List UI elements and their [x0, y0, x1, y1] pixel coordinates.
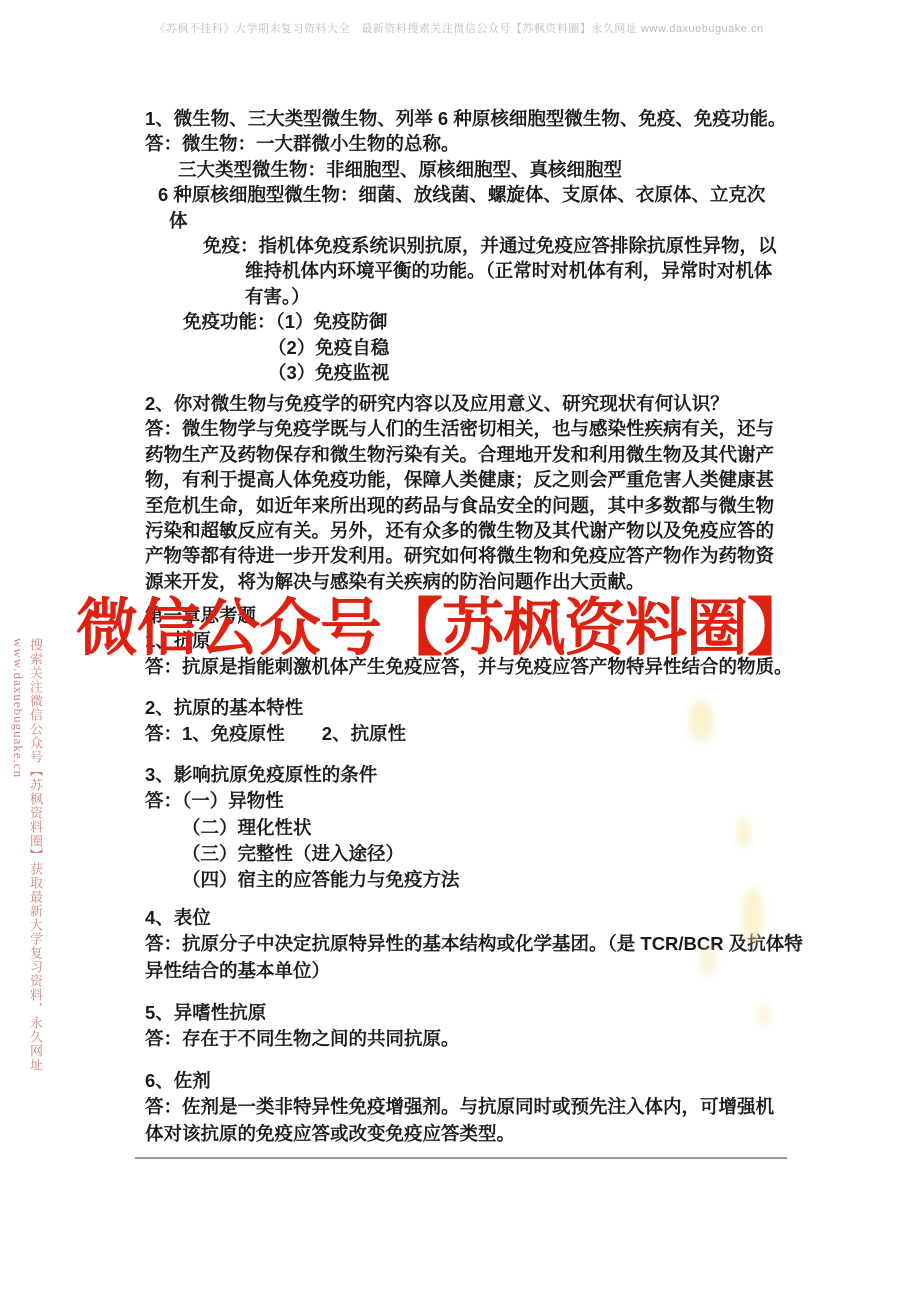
text-line: （3）免疫监视: [145, 360, 815, 385]
text-line: 答：微生物学与免疫学既与人们的生活密切相关，也与感染性疾病有关，还与: [145, 416, 815, 441]
text-line: （四）宿主的应答能力与免疫方法: [145, 867, 815, 893]
section-immunogenicity-conditions: 3、影响抗原免疫原性的条件 答：（一）异物性 （二）理化性状 （三）完整性（进入…: [145, 762, 815, 893]
text-line: 2、你对微生物与免疫学的研究内容以及应用意义、研究现状有何认识？: [145, 391, 815, 416]
text-line: 答：微生物：一大群微小生物的总称。: [145, 131, 815, 156]
text-line: 答：1、免疫原性 2、抗原性: [145, 721, 815, 747]
section-epitope: 4、表位 答：抗原分子中决定抗原特异性的基本结构或化学基团。（是 TCR/BCR…: [145, 905, 815, 984]
chapter-heading: 第一章思考题: [145, 603, 815, 628]
text-line: 产物等都有待进一步开发利用。研究如何将微生物和免疫应答产物作为药物资: [145, 543, 815, 568]
text-line: 答：抗原是指能刺激机体产生免疫应答，并与免疫应答产物特异性结合的物质。: [145, 654, 815, 679]
text-line: 免疫功能：（1）免疫防御: [145, 309, 815, 334]
text-line: 物，有利于提高人体免疫功能，保障人类健康；反之则会严重危害人类健康甚: [145, 467, 815, 492]
text-line: 6 种原核细胞型微生物：细菌、放线菌、螺旋体、支原体、衣原体、立克次: [145, 182, 815, 207]
horizontal-divider: [135, 1157, 787, 1159]
text-line: 答：存在于不同生物之间的共同抗原。: [145, 1026, 815, 1052]
text-line: 2、抗原的基本特性: [145, 695, 815, 721]
section-chapter-1-questions: 第一章思考题 1、抗原 答：抗原是指能刺激机体产生免疫应答，并与免疫应答产物特异…: [145, 603, 815, 679]
text-line: （2）免疫自稳: [145, 335, 815, 360]
section-adjuvant: 6、佐剂 答：佐剂是一类非特异性免疫增强剂。与抗原同时或预先注入体内，可增强机 …: [145, 1068, 815, 1147]
text-line: 源来开发，将为解决与感染有关疾病的防治问题作出大贡献。: [145, 569, 815, 594]
text-line: 答：（一）异物性: [145, 788, 815, 814]
text-line: 体: [145, 208, 815, 233]
text-line: 药物生产及药物保存和微生物污染有关。合理地开发和利用微生物及其代谢产: [145, 442, 815, 467]
text-line: （三）完整性（进入途径）: [145, 841, 815, 867]
text-line: 4、表位: [145, 905, 815, 931]
text-line: 免疫：指机体免疫系统识别抗原，并通过免疫应答排除抗原性异物，以: [145, 233, 815, 258]
text-line: 体对该抗原的免疫应答或改变免疫应答类型。: [145, 1121, 815, 1147]
text-line: 5、异嗜性抗原: [145, 1000, 815, 1026]
text-line: 至危机生命，如近年来所出现的药品与食品安全的问题，其中多数都与微生物: [145, 493, 815, 518]
text-line: 维持机体内环境平衡的功能。（正常时对机体有利，异常时对机体: [145, 258, 815, 283]
text-line: （二）理化性状: [145, 815, 815, 841]
text-line: 答：佐剂是一类非特异性免疫增强剂。与抗原同时或预先注入体内，可增强机: [145, 1094, 815, 1120]
text-line: 1、微生物、三大类型微生物、列举 6 种原核细胞型微生物、免疫、免疫功能。: [145, 106, 815, 131]
text-line: 异性结合的基本单位）: [145, 958, 815, 984]
text-line: 6、佐剂: [145, 1068, 815, 1094]
section-antigen-basics: 2、抗原的基本特性 答：1、免疫原性 2、抗原性: [145, 695, 815, 748]
text-line: 答：抗原分子中决定抗原特异性的基本结构或化学基团。（是 TCR/BCR 及抗体特: [145, 931, 815, 957]
text-line: 三大类型微生物：非细胞型、原核细胞型、真核细胞型: [145, 157, 815, 182]
section-question-1: 1、微生物、三大类型微生物、列举 6 种原核细胞型微生物、免疫、免疫功能。 答：…: [145, 106, 815, 385]
section-question-2: 2、你对微生物与免疫学的研究内容以及应用意义、研究现状有何认识？ 答：微生物学与…: [145, 391, 815, 594]
text-line: 有害。）: [145, 284, 815, 309]
left-vertical-watermark-text: 搜索关注微信公众号【苏枫资料圈】获取最新大学复习资料，永久网址www.daxue…: [10, 638, 45, 1108]
text-line: 1、抗原: [145, 628, 815, 653]
text-line: 污染和超敏反应有关。另外，还有众多的微生物及其代谢产物以及免疫应答的: [145, 518, 815, 543]
page-header-note: 《苏枫不挂科》大学期末复习资料大全 最新资料搜索关注微信公众号【苏枫资料圈】永久…: [0, 20, 918, 36]
section-heterophile-antigen: 5、异嗜性抗原 答：存在于不同生物之间的共同抗原。: [145, 1000, 815, 1053]
document-page: 《苏枫不挂科》大学期末复习资料大全 最新资料搜索关注微信公众号【苏枫资料圈】永久…: [0, 0, 918, 1298]
text-line: 3、影响抗原免疫原性的条件: [145, 762, 815, 788]
